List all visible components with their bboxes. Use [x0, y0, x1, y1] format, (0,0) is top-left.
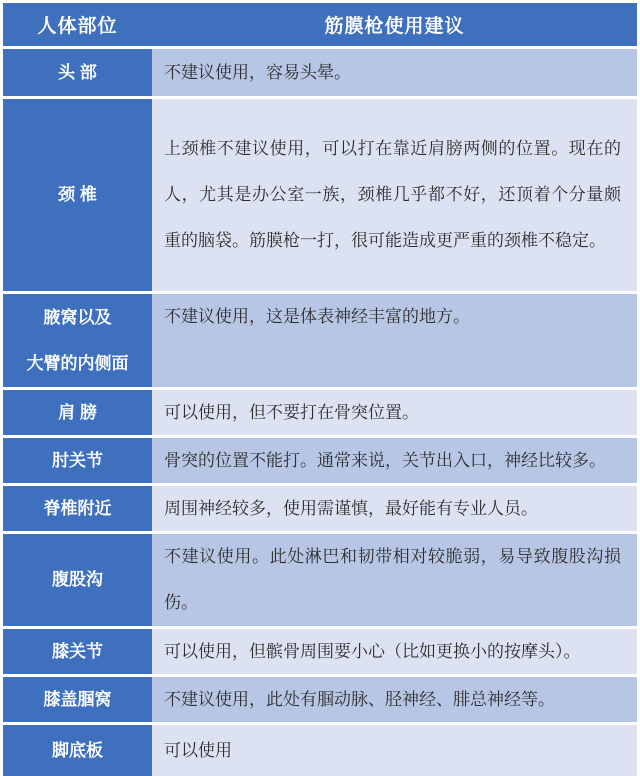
- advice-text: 上颈椎不建议使用，可以打在靠近肩膀两侧的位置。现在的人，尤其是办公室一族，颈椎几…: [164, 126, 621, 264]
- advice-cell: 可以使用，但不要打在骨突位置。: [152, 390, 637, 435]
- body-part-cell: 头 部: [3, 49, 152, 96]
- body-part-label: 脊椎附近: [44, 486, 112, 532]
- body-part-cell: 脚底板: [3, 725, 152, 776]
- advice-text: 骨突的位置不能打。通常来说，关节出入口，神经比较多。: [164, 438, 621, 484]
- body-part-label: 膝关节: [52, 629, 103, 675]
- advice-text: 周围神经较多，使用需谨慎，最好能有专业人员。: [164, 486, 621, 532]
- advice-cell: 周围神经较多，使用需谨慎，最好能有专业人员。: [152, 486, 637, 531]
- massage-gun-advice-table: 人体部位 筋膜枪使用建议 头 部 不建议使用，容易头晕。 颈 椎 上颈椎不建议使…: [0, 0, 640, 776]
- table-row-knee: 膝关节 可以使用，但髌骨周围要小心（比如更换小的按摩头）。: [3, 629, 637, 674]
- advice-cell: 不建议使用，此处有腘动脉、胫神经、腓总神经等。: [152, 677, 637, 722]
- header-advice-label: 筋膜枪使用建议: [324, 11, 464, 38]
- table-row-groin: 腹股沟 不建议使用。此处淋巴和韧带相对较脆弱，易导致腹股沟损伤。: [3, 534, 637, 626]
- advice-text: 不建议使用。此处淋巴和韧带相对较脆弱，易导致腹股沟损伤。: [164, 534, 621, 626]
- advice-cell: 不建议使用，容易头晕。: [152, 49, 637, 96]
- advice-cell: 可以使用，但髌骨周围要小心（比如更换小的按摩头）。: [152, 629, 637, 674]
- body-part-cell: 膝盖腘窝: [3, 677, 152, 722]
- header-body-part: 人体部位: [3, 3, 152, 46]
- table-row-sole: 脚底板 可以使用: [3, 725, 637, 776]
- body-part-cell: 腋窝以及 大臂的内侧面: [3, 294, 152, 387]
- body-part-cell: 腹股沟: [3, 534, 152, 626]
- body-part-cell: 肘关节: [3, 438, 152, 483]
- advice-text: 不建议使用，此处有腘动脉、胫神经、腓总神经等。: [164, 677, 621, 723]
- body-part-label: 肘关节: [52, 438, 103, 484]
- table-row-shoulder: 肩 膀 可以使用，但不要打在骨突位置。: [3, 390, 637, 435]
- table-row-near-spine: 脊椎附近 周围神经较多，使用需谨慎，最好能有专业人员。: [3, 486, 637, 531]
- body-part-label-line1: 腋窝以及: [44, 295, 112, 341]
- body-part-cell: 颈 椎: [3, 99, 152, 291]
- advice-cell: 可以使用: [152, 725, 637, 776]
- body-part-label: 脚底板: [52, 728, 103, 774]
- advice-cell: 骨突的位置不能打。通常来说，关节出入口，神经比较多。: [152, 438, 637, 483]
- table-row-head: 头 部 不建议使用，容易头晕。: [3, 49, 637, 96]
- header-advice: 筋膜枪使用建议: [152, 3, 637, 46]
- body-part-cell: 脊椎附近: [3, 486, 152, 531]
- advice-text: 可以使用: [164, 728, 621, 774]
- body-part-label: 头 部: [58, 50, 97, 96]
- table-row-elbow: 肘关节 骨突的位置不能打。通常来说，关节出入口，神经比较多。: [3, 438, 637, 483]
- advice-text: 不建议使用，这是体表神经丰富的地方。: [164, 294, 621, 340]
- body-part-cell: 肩 膀: [3, 390, 152, 435]
- body-part-label: 膝盖腘窝: [44, 677, 112, 723]
- advice-text: 可以使用，但不要打在骨突位置。: [164, 390, 621, 436]
- advice-text: 可以使用，但髌骨周围要小心（比如更换小的按摩头）。: [164, 629, 621, 675]
- body-part-label-line2: 大臂的内侧面: [27, 341, 129, 387]
- body-part-cell: 膝关节: [3, 629, 152, 674]
- table-row-popliteal-fossa: 膝盖腘窝 不建议使用，此处有腘动脉、胫神经、腓总神经等。: [3, 677, 637, 722]
- table-row-armpit-inner-arm: 腋窝以及 大臂的内侧面 不建议使用，这是体表神经丰富的地方。: [3, 294, 637, 387]
- advice-cell: 不建议使用。此处淋巴和韧带相对较脆弱，易导致腹股沟损伤。: [152, 534, 637, 626]
- advice-cell: 不建议使用，这是体表神经丰富的地方。: [152, 294, 637, 387]
- advice-text: 不建议使用，容易头晕。: [164, 50, 621, 96]
- body-part-label: 颈 椎: [58, 172, 97, 218]
- header-body-part-label: 人体部位: [37, 11, 117, 38]
- body-part-label: 腹股沟: [52, 557, 103, 603]
- table-header-row: 人体部位 筋膜枪使用建议: [3, 3, 637, 46]
- body-part-label: 肩 膀: [58, 390, 97, 436]
- advice-cell: 上颈椎不建议使用，可以打在靠近肩膀两侧的位置。现在的人，尤其是办公室一族，颈椎几…: [152, 99, 637, 291]
- table-row-cervical-spine: 颈 椎 上颈椎不建议使用，可以打在靠近肩膀两侧的位置。现在的人，尤其是办公室一族…: [3, 99, 637, 291]
